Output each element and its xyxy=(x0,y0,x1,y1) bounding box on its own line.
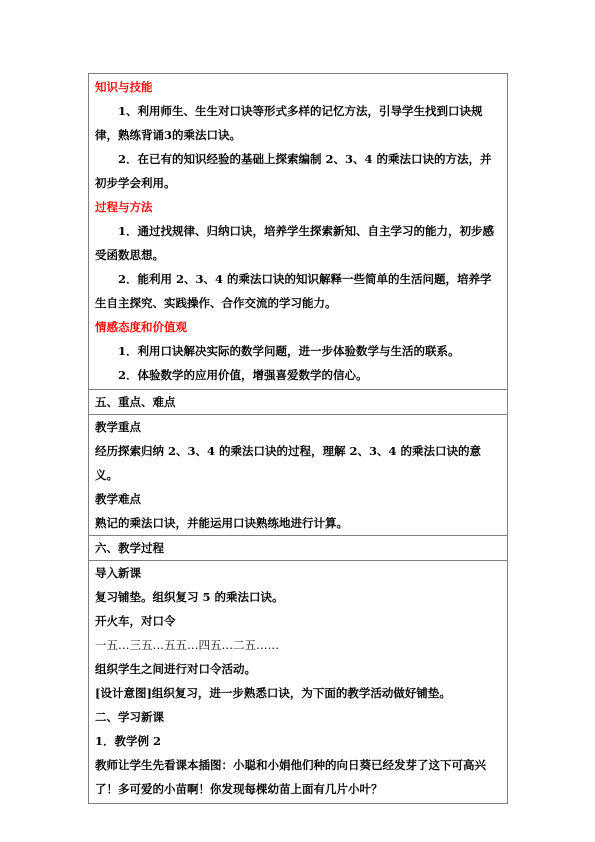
process-line-7: 1．教学例 2 xyxy=(95,729,501,753)
knowledge-skills-item-1: 1、利用师生、生生对口诀等形式多样的记忆方法，引导学生找到口诀规律，熟练背诵3的… xyxy=(95,99,501,147)
key-points-row: 教学重点 经历探索归纳 2、3、4 的乘法口诀的过程，理解 2、3、4 的乘法口… xyxy=(89,415,508,536)
key-heading: 教学重点 xyxy=(95,415,501,439)
process-row: 导入新课 复习铺垫。组织复习 5 的乘法口诀。 开火车，对口令 一五…三五…五五… xyxy=(89,561,508,804)
emotion-values-heading: 情感态度和价值观 xyxy=(95,315,501,339)
lesson-plan-table: 知识与技能 1、利用师生、生生对口诀等形式多样的记忆方法，引导学生找到口诀规律，… xyxy=(88,73,508,804)
key-points-title: 五、重点、难点 xyxy=(89,390,508,415)
difficulty-heading: 教学难点 xyxy=(95,487,501,511)
key-points-cell: 教学重点 经历探索归纳 2、3、4 的乘法口诀的过程，理解 2、3、4 的乘法口… xyxy=(89,415,508,536)
emotion-values-item-1: 1．利用口诀解决实际的数学问题，进一步体验数学与生活的联系。 xyxy=(95,339,501,363)
process-line-6: 二、学习新课 xyxy=(95,705,501,729)
process-line-4: 组织学生之间进行对口令活动。 xyxy=(95,657,501,681)
knowledge-skills-item-2: 2．在已有的知识经验的基础上探索编制 2、3、4 的乘法口诀的方法，并初步学会利… xyxy=(95,147,501,195)
emotion-values-item-2: 2．体验数学的应用价值，增强喜爱数学的信心。 xyxy=(95,363,501,387)
objectives-cell: 知识与技能 1、利用师生、生生对口诀等形式多样的记忆方法，引导学生找到口诀规律，… xyxy=(89,74,508,390)
process-cell: 导入新课 复习铺垫。组织复习 5 的乘法口诀。 开火车，对口令 一五…三五…五五… xyxy=(89,561,508,804)
process-method-item-1: 1．通过找规律、归纳口诀，培养学生探索新知、自主学习的能力，初步感受函数思想。 xyxy=(95,219,501,267)
process-line-1: 复习铺垫。组织复习 5 的乘法口诀。 xyxy=(95,585,501,609)
process-line-2: 开火车，对口令 xyxy=(95,609,501,633)
knowledge-skills-heading: 知识与技能 xyxy=(95,75,501,99)
difficulty-text: 熟记的乘法口诀，并能运用口诀熟练地进行计算。 xyxy=(95,511,501,535)
intro-heading: 导入新课 xyxy=(95,561,501,585)
process-method-heading: 过程与方法 xyxy=(95,195,501,219)
process-title: 六、教学过程 xyxy=(89,536,508,561)
document-page: 知识与技能 1、利用师生、生生对口诀等形式多样的记忆方法，引导学生找到口诀规律，… xyxy=(0,0,595,842)
process-line-5: [设计意图]组织复习，进一步熟悉口诀，为下面的教学活动做好铺垫。 xyxy=(95,681,501,705)
process-header-row: 六、教学过程 xyxy=(89,536,508,561)
process-line-3: 一五…三五…五五…四五…二五…… xyxy=(95,633,501,657)
process-line-8: 教师让学生先看课本插图：小聪和小娟他们种的向日葵已经发芽了这下可高兴了！多可爱的… xyxy=(95,753,501,801)
objectives-row: 知识与技能 1、利用师生、生生对口诀等形式多样的记忆方法，引导学生找到口诀规律，… xyxy=(89,74,508,390)
key-points-header-row: 五、重点、难点 xyxy=(89,390,508,415)
process-method-item-2: 2．能利用 2、3、4 的乘法口诀的知识解释一些简单的生活问题，培养学生自主探究… xyxy=(95,267,501,315)
key-text: 经历探索归纳 2、3、4 的乘法口诀的过程，理解 2、3、4 的乘法口诀的意义。 xyxy=(95,439,501,487)
